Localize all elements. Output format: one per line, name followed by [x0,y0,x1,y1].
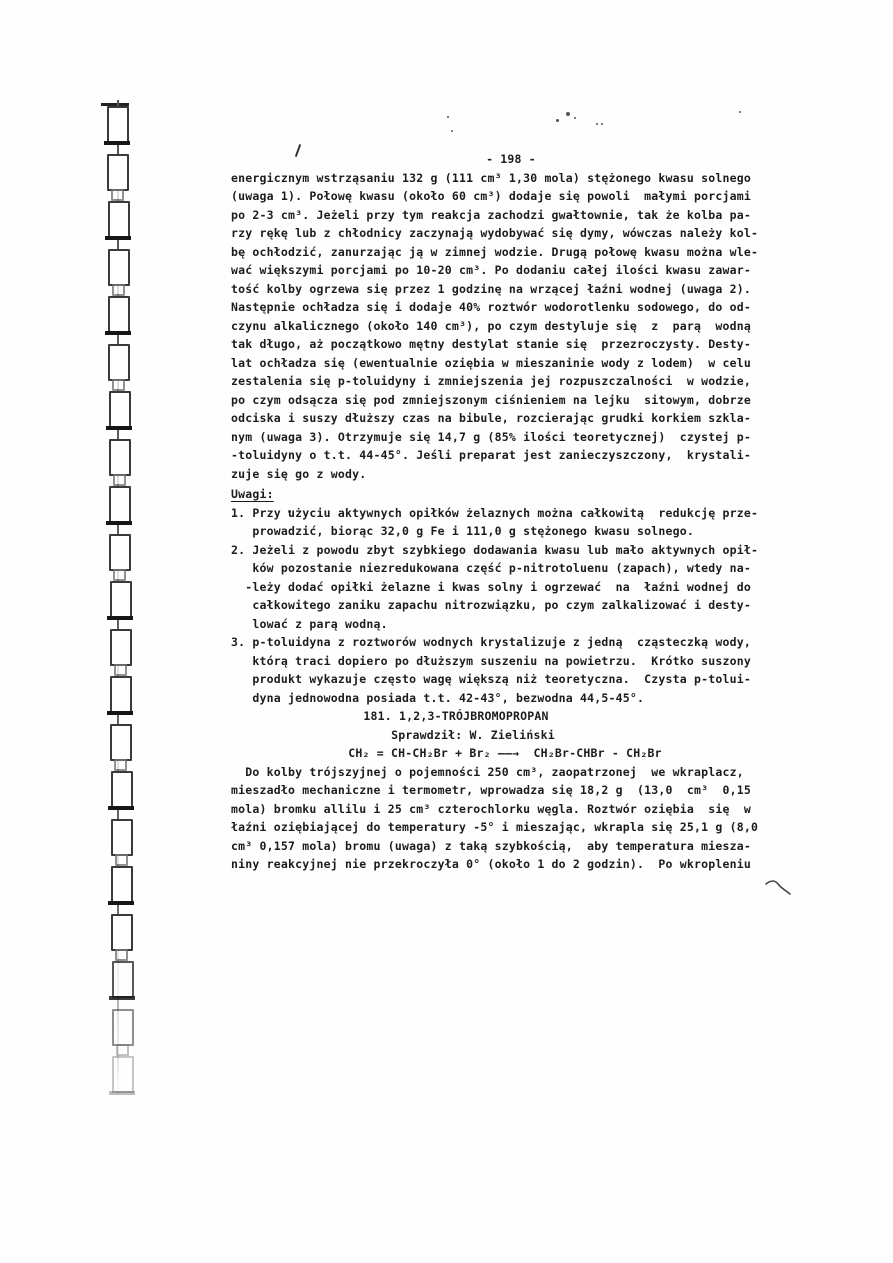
binding-link [114,664,127,677]
note-item-2: 2. Jeżeli z powodu zbyt szybkiego dodawa… [231,541,791,634]
binding-rect [108,344,130,381]
text-column: - 198 - energicznym wstrząsaniu 132 g (1… [231,150,791,874]
notes-heading: Uwagi: [231,485,274,504]
binding-link [113,569,126,582]
binding-link [116,1044,129,1057]
binding-rect [110,629,132,666]
binding-rect [108,296,130,333]
binding-link [115,949,128,962]
binding-link [112,284,125,297]
binding-rect [111,866,133,903]
binding-rect [108,201,130,238]
binding-link [113,474,126,487]
main-paragraph: energicznym wstrząsaniu 132 g (111 cm³ 1… [231,169,791,484]
binding-link [111,189,124,202]
binding-rect [111,914,133,951]
pen-squiggle-mark [764,878,798,900]
binding-bar [109,996,135,1000]
binding-rect [109,391,131,428]
binding-rect [112,1009,134,1046]
scanned-document-page: - 198 - energicznym wstrząsaniu 132 g (1… [0,0,893,1263]
binding-rect [109,534,131,571]
binding-bar [108,806,134,810]
binding-bar [107,711,133,715]
binding-bar [108,901,134,905]
binding-rect [112,961,134,998]
scan-speck [574,117,576,119]
binding-rect [110,581,132,618]
binding-bar [106,426,132,430]
chemical-equation: CH₂ = CH-CH₂Br + Br₂ ——→ CH₂Br-CHBr - CH… [225,744,785,763]
binding-bar [106,521,132,525]
binding-bar [104,141,130,145]
binding-rect [109,486,131,523]
binding-rect [111,819,133,856]
binding-rect [110,676,132,713]
scan-speck [566,112,570,116]
scan-speck [451,130,453,132]
binding-bar [105,236,131,240]
scan-speck [739,111,741,113]
scan-speck [601,123,603,125]
binding-rect [107,154,129,191]
section-heading: 181. 1,2,3-TRÓJBROMOPROPAN [176,707,736,726]
page-number: - 198 - [231,150,791,169]
scan-speck [596,123,598,125]
procedure-paragraph: Do kolby trójszyjnej o pojemności 250 cm… [231,763,791,874]
binding-rect [111,771,133,808]
binding-marks [0,0,200,1263]
binding-rect [112,1056,134,1093]
binding-link [115,854,128,867]
scan-speck [447,116,449,118]
binding-rect [107,106,129,143]
binding-rect [109,439,131,476]
binding-bar [107,616,133,620]
binding-link [112,379,125,392]
scan-speck [556,119,559,122]
binding-bar [109,1091,135,1095]
checked-by-line: Sprawdził: W. Zieliński [193,726,753,745]
binding-rect [108,249,130,286]
binding-rect [110,724,132,761]
note-item-3: 3. p-toluidyna z roztworów wodnych kryst… [231,633,791,707]
note-item-1: 1. Przy użyciu aktywnych opiłków żelazny… [231,504,791,541]
binding-bar [105,331,131,335]
binding-link [114,759,127,772]
